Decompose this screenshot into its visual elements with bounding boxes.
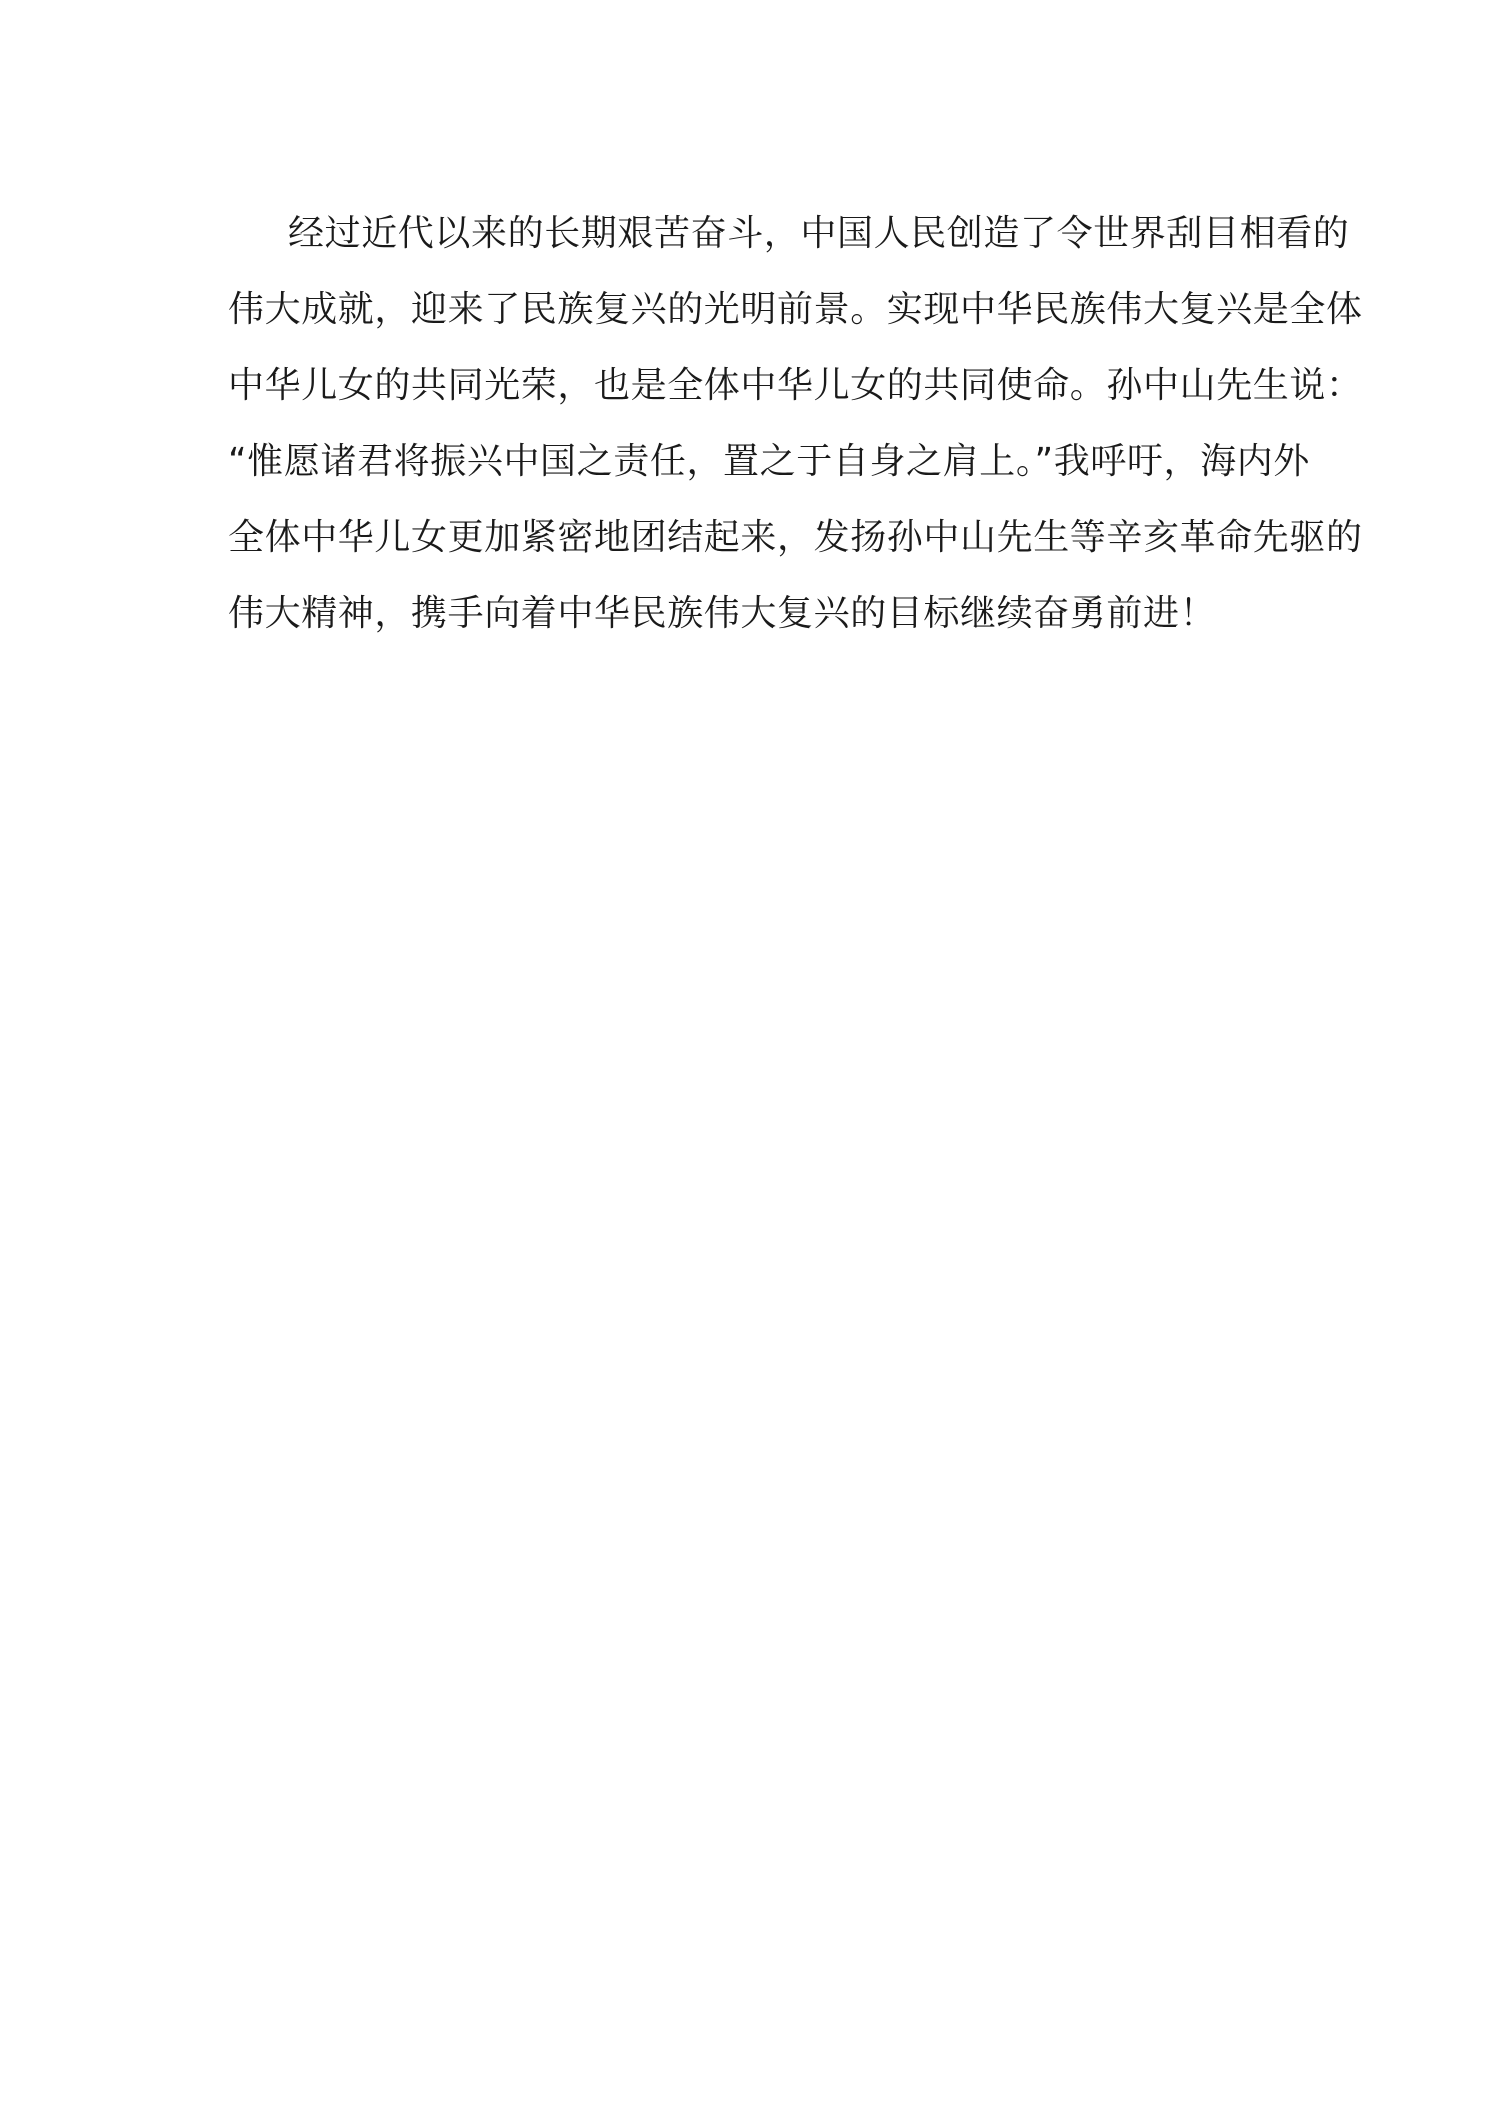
paragraph-line-2: 伟大成就，迎来了民族复兴的光明前景。实现中华民族伟大复兴是全体	[228, 272, 1272, 348]
paragraph-line-4: “惟愿诸君将振兴中国之责任，置之于自身之肩上。”我呼吁，海内外	[228, 424, 1272, 500]
document-page: 经过近代以来的长期艰苦奋斗，中国人民创造了令世界刮目相看的 伟大成就，迎来了民族…	[0, 0, 1499, 2121]
paragraph-line-6: 伟大精神，携手向着中华民族伟大复兴的目标继续奋勇前进！	[228, 576, 1272, 652]
body-paragraph: 经过近代以来的长期艰苦奋斗，中国人民创造了令世界刮目相看的 伟大成就，迎来了民族…	[228, 196, 1272, 652]
paragraph-line-1: 经过近代以来的长期艰苦奋斗，中国人民创造了令世界刮目相看的	[228, 196, 1272, 272]
paragraph-line-5: 全体中华儿女更加紧密地团结起来，发扬孙中山先生等辛亥革命先驱的	[228, 500, 1272, 576]
paragraph-line-3: 中华儿女的共同光荣，也是全体中华儿女的共同使命。孙中山先生说：	[228, 348, 1272, 424]
